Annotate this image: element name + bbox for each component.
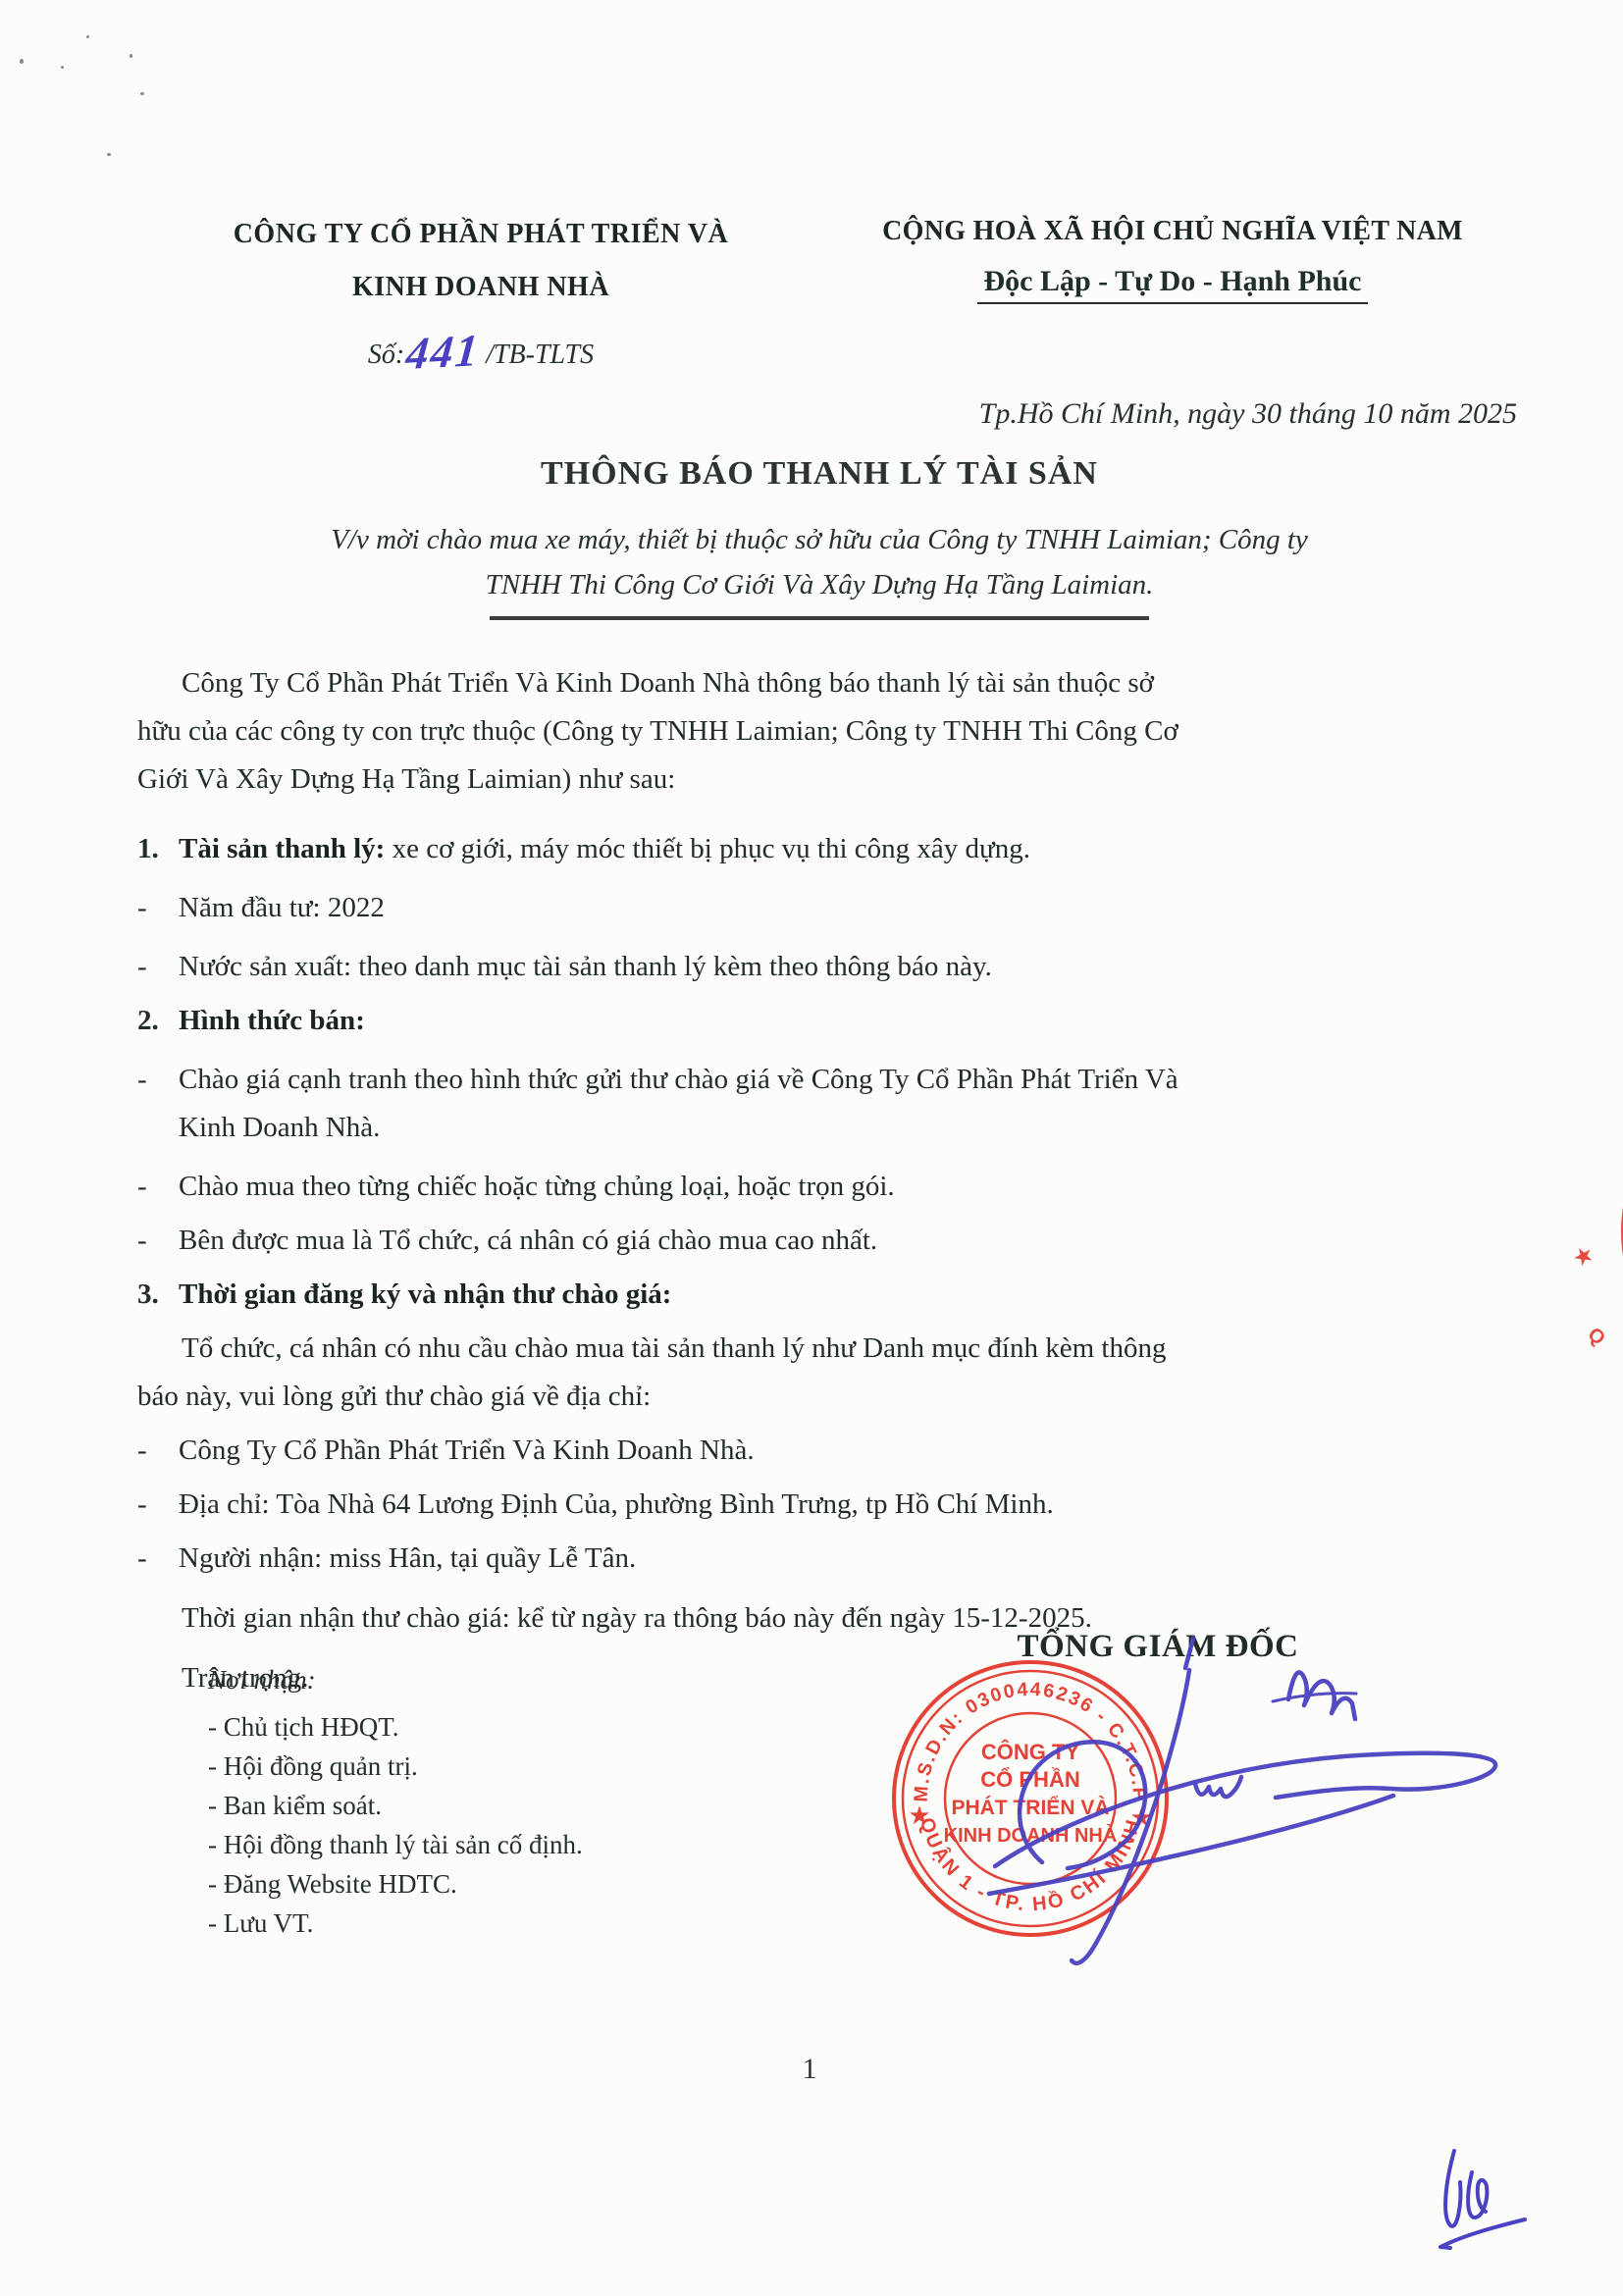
document-number-line: Số:441/TB-TLTS (147, 326, 814, 378)
page-number: 1 (137, 2053, 1482, 2086)
recipient-item: - Ban kiểm soát. (208, 1786, 583, 1825)
item1-body: xe cơ giới, máy móc thiết bị phục vụ thi… (385, 833, 1030, 864)
issuer-header: CÔNG TY CỔ PHẦN PHÁT TRIỂN VÀ KINH DOANH… (147, 208, 814, 378)
registration-paragraph: Tổ chức, cá nhân có nhu cầu chào mua tài… (137, 1325, 1507, 1421)
national-header: CỘNG HOÀ XÃ HỘI CHỦ NGHĨA VIỆT NAM Độc L… (839, 216, 1506, 304)
intro-paragraph: Công Ty Cổ Phần Phát Triển Và Kinh Doanh… (137, 659, 1507, 804)
bullet-recipient: - Người nhận: miss Hân, tại quầy Lễ Tân. (137, 1535, 1507, 1583)
numbered-item-3: 3. Thời gian đăng ký và nhận thư chào gi… (137, 1271, 1507, 1319)
numbered-item-2: 2. Hình thức bán: (137, 997, 1507, 1045)
registration-line2: báo này, vui lòng gửi thư chào giá về đị… (137, 1373, 1507, 1421)
bullet-purchase-mode: - Chào mua theo từng chiếc hoặc từng chủ… (137, 1163, 1507, 1211)
bullet-origin-text: Nước sản xuất: theo danh mục tài sản tha… (179, 943, 1507, 991)
bullet-year-text: Năm đầu tư: 2022 (179, 884, 1507, 932)
scan-speck (130, 54, 132, 58)
issuer-name-line2: KINH DOANH NHÀ (147, 261, 814, 314)
recipient-item: - Đăng Website HDTC. (208, 1864, 583, 1904)
dash-marker: - (137, 1535, 179, 1583)
dash-marker: - (137, 1163, 179, 1211)
scan-speck (140, 92, 144, 95)
intro-line1: Công Ty Cổ Phần Phát Triển Và Kinh Doanh… (137, 659, 1507, 707)
document-number-suffix: /TB-TLTS (486, 339, 594, 370)
recipient-item: - Hội đồng quản trị. (208, 1747, 583, 1786)
numbered-item-1: 1. Tài sản thanh lý: xe cơ giới, máy móc… (137, 825, 1507, 873)
bullet-winner-text: Bên được mua là Tổ chức, cá nhân có giá … (179, 1217, 1507, 1265)
corner-initials (1433, 2139, 1541, 2257)
bullet-competitive-offer-text: Chào giá cạnh tranh theo hình thức gửi t… (179, 1056, 1507, 1152)
recipient-item: - Chủ tịch HĐQT. (208, 1707, 583, 1747)
bullet-purchase-mode-text: Chào mua theo từng chiếc hoặc từng chủng… (179, 1163, 1507, 1211)
subtitle-line2: TNHH Thi Công Cơ Giới Và Xây Dựng Hạ Tần… (137, 562, 1501, 607)
item1-number: 1. (137, 825, 179, 873)
scan-speck (107, 153, 111, 156)
edge-partial-stamp: M.S.D ★ Q (1530, 1074, 1623, 1398)
scanned-document-page: CÔNG TY CỔ PHẦN PHÁT TRIỂN VÀ KINH DOANH… (0, 0, 1623, 2296)
registration-line1: Tổ chức, cá nhân có nhu cầu chào mua tài… (137, 1325, 1507, 1373)
subtitle-line1: V/v mời chào mua xe máy, thiết bị thuộc … (137, 517, 1501, 562)
document-subtitle: V/v mời chào mua xe máy, thiết bị thuộc … (137, 517, 1501, 620)
scan-speck (20, 59, 24, 64)
document-body: Công Ty Cổ Phần Phát Triển Và Kinh Doanh… (137, 659, 1507, 1702)
bullet-address: - Địa chỉ: Tòa Nhà 64 Lương Định Của, ph… (137, 1481, 1507, 1529)
signature-tick-stroke (1185, 1639, 1193, 1668)
dash-marker: - (137, 1427, 179, 1475)
recipients-block: Nơi nhận: - Chủ tịch HĐQT. - Hội đồng qu… (208, 1660, 583, 1943)
item1-heading: Tài sản thanh lý: (179, 833, 385, 864)
item3-heading: Thời gian đăng ký và nhận thư chào giá: (179, 1271, 1507, 1319)
recipient-item: - Lưu VT. (208, 1904, 583, 1943)
recipient-item: - Hội đồng thanh lý tài sản cố định. (208, 1825, 583, 1864)
bullet-competitive-offer: - Chào giá cạnh tranh theo hình thức gửi… (137, 1056, 1507, 1152)
signature-diagonal-stroke (989, 1796, 1393, 1894)
dash-marker: - (137, 1217, 179, 1265)
scan-speck (86, 35, 89, 38)
document-number-label: Số: (368, 339, 404, 370)
bullet-winner: - Bên được mua là Tổ chức, cá nhân có gi… (137, 1217, 1507, 1265)
intro-line2: hữu của các công ty con trực thuộc (Công… (137, 707, 1507, 756)
bullet-company: - Công Ty Cổ Phần Phát Triển Và Kinh Doa… (137, 1427, 1507, 1475)
bullet-address-text: Địa chỉ: Tòa Nhà 64 Lương Định Của, phườ… (179, 1481, 1507, 1529)
bullet-competitive-line2: Kinh Doanh Nhà. (179, 1104, 1507, 1152)
signature-sweep-stroke (995, 1753, 1495, 1866)
dash-marker: - (137, 1481, 179, 1529)
initials-stroke-2 (1468, 2172, 1487, 2218)
document-title: THÔNG BÁO THANH LÝ TÀI SẢN (137, 455, 1501, 493)
initials-stroke-1 (1445, 2151, 1460, 2226)
issuer-name-line1: CÔNG TY CỔ PHẦN PHÁT TRIỂN VÀ (147, 208, 814, 261)
national-motto-line1: CỘNG HOÀ XÃ HỘI CHỦ NGHĨA VIỆT NAM (839, 216, 1506, 247)
item1-text: Tài sản thanh lý: xe cơ giới, máy móc th… (179, 825, 1507, 873)
intro-line3: Giới Và Xây Dựng Hạ Tầng Laimian) như sa… (137, 756, 1507, 804)
dash-marker: - (137, 884, 179, 932)
item2-heading: Hình thức bán: (179, 997, 1507, 1045)
edge-stamp-star-icon: ★ (1568, 1240, 1599, 1274)
scan-speck (61, 66, 64, 69)
national-motto-line2: Độc Lập - Tự Do - Hạnh Phúc (977, 265, 1367, 304)
item2-number: 2. (137, 997, 179, 1045)
bullet-company-text: Công Ty Cổ Phần Phát Triển Và Kinh Doanh… (179, 1427, 1507, 1475)
dash-marker: - (137, 1056, 179, 1104)
stamp-left-star-icon: ★ (908, 1800, 930, 1830)
edge-stamp-partial-letter: Q (1584, 1324, 1609, 1350)
place-date-line: Tp.Hồ Chí Minh, ngày 30 tháng 10 năm 202… (979, 397, 1517, 431)
subtitle-underline (490, 616, 1149, 620)
bullet-competitive-line1: Chào giá cạnh tranh theo hình thức gửi t… (179, 1056, 1507, 1104)
dash-marker: - (137, 943, 179, 991)
recipients-label: Nơi nhận: (208, 1660, 583, 1699)
bullet-recipient-text: Người nhận: miss Hân, tại quầy Lễ Tân. (179, 1535, 1507, 1583)
bullet-origin: - Nước sản xuất: theo danh mục tài sản t… (137, 943, 1507, 991)
item3-number: 3. (137, 1271, 179, 1319)
bullet-year: - Năm đầu tư: 2022 (137, 884, 1507, 932)
director-signature (932, 1619, 1521, 2011)
document-number-handwritten: 441 (404, 324, 483, 380)
